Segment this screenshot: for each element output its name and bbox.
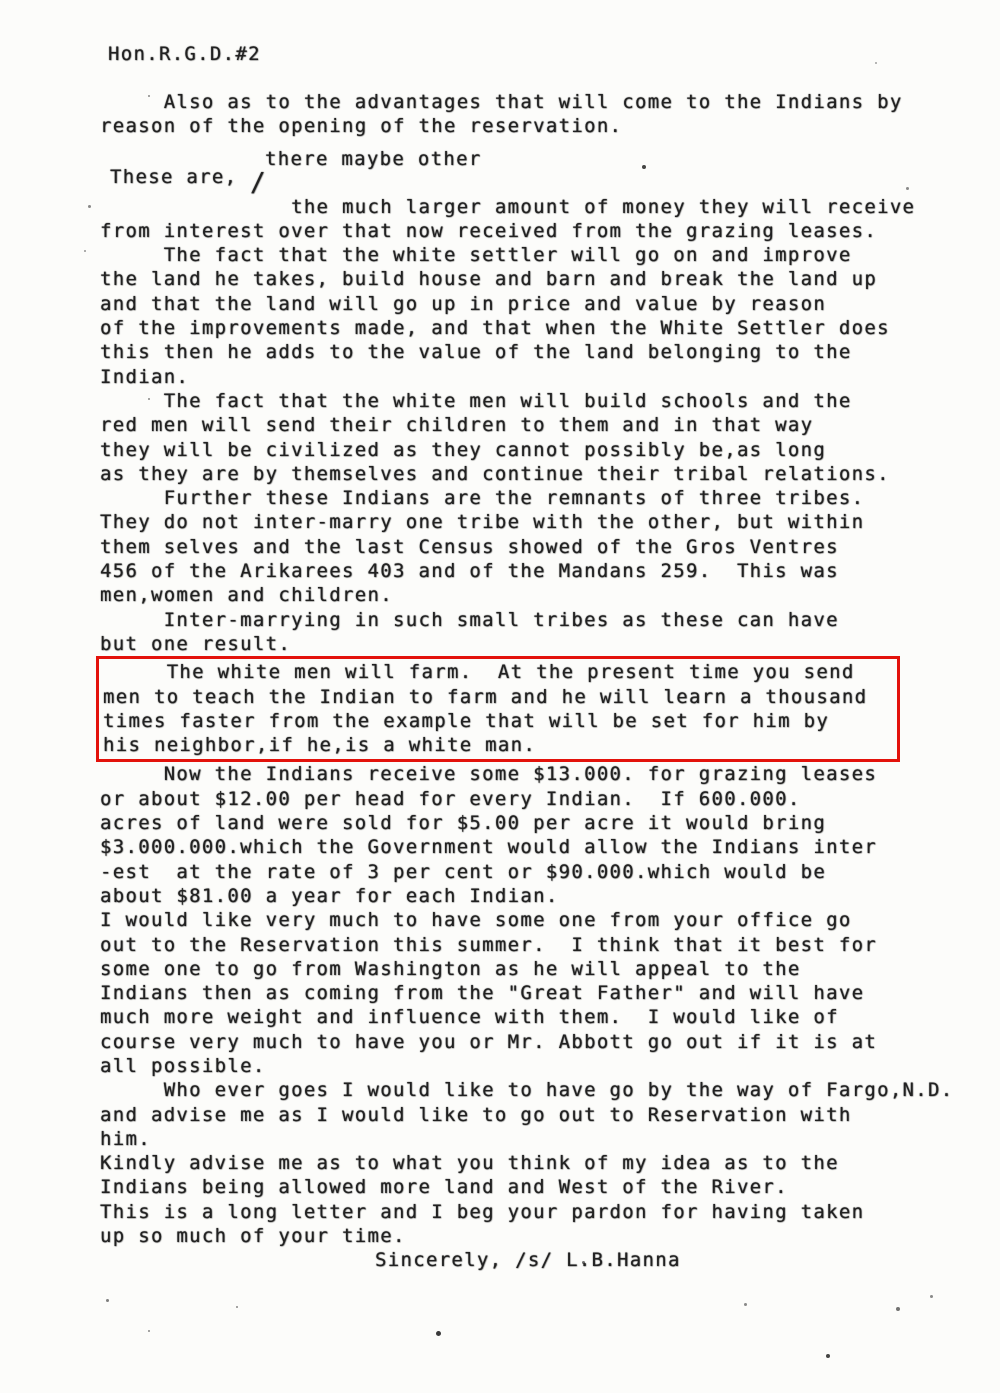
letter-line: men to teach the Indian to farm and he w… [103, 685, 897, 709]
signature-line: Sincerely, /s/ L.B.Hanna [375, 1248, 980, 1272]
letter-line: and advise me as I would like to go out … [100, 1103, 980, 1127]
letter-line: the land he takes, build house and barn … [100, 267, 980, 291]
scan-speck [826, 1354, 830, 1358]
letter-line: Further these Indians are the remnants o… [100, 486, 980, 510]
red-annotation-box: The white men will farm. At the present … [96, 656, 900, 762]
letter-line: This is a long letter and I beg your par… [100, 1200, 980, 1224]
letter-line: about $81.00 a year for each Indian. [100, 884, 980, 908]
scan-speck [642, 165, 646, 169]
letter-line: but one result. [100, 632, 980, 656]
letter-line: acres of land were sold for $5.00 per ac… [100, 811, 980, 835]
letter-line: Inter-marrying in such small tribes as t… [100, 608, 980, 632]
insertion-caret-mark: / [250, 171, 267, 195]
scan-speck [236, 1306, 238, 1308]
letter-line: reason of the opening of the reservation… [100, 114, 980, 138]
opening-paragraph: Also as to the advantages that will come… [100, 90, 980, 139]
inserted-note-base: These are, [110, 165, 237, 189]
letter-line: some one to go from Washington as he wil… [100, 957, 980, 981]
inserted-note-block: there maybe other These are, / [100, 139, 980, 195]
letter-line: I would like very much to have some one … [100, 908, 980, 932]
letter-line: Indians being allowed more land and West… [100, 1175, 980, 1199]
letter-line: and that the land will go up in price an… [100, 292, 980, 316]
letter-line: the much larger amount of money they wil… [100, 195, 980, 219]
letter-line: The fact that the white men will build s… [100, 389, 980, 413]
letter-line: of the improvements made, and that when … [100, 316, 980, 340]
annotated-paragraph: The white men will farm. At the present … [103, 660, 897, 757]
letter-line: his neighbor,if he,is a white man. [103, 733, 897, 757]
letter-line: Kindly advise me as to what you think of… [100, 1151, 980, 1175]
letter-line: Now the Indians receive some $13.000. fo… [100, 762, 980, 786]
letter-line: 456 of the Arikarees 403 and of the Mand… [100, 559, 980, 583]
scanned-letter-page: Hon.R.G.D.#2 Also as to the advantages t… [0, 0, 1000, 1393]
scan-speck [896, 1307, 900, 1311]
letter-line: Indians then as coming from the "Great F… [100, 981, 980, 1005]
letter-line: him. [100, 1127, 980, 1151]
scan-speck [930, 1295, 933, 1298]
letter-line: men,women and children. [100, 583, 980, 607]
scan-speck [906, 187, 909, 190]
page-header-reference: Hon.R.G.D.#2 [108, 42, 261, 66]
letter-line: Indian. [100, 365, 980, 389]
scan-speck [148, 1330, 150, 1332]
letter-line: all possible. [100, 1054, 980, 1078]
letter-line: They do not inter-marry one tribe with t… [100, 510, 980, 534]
letter-line: The fact that the white settler will go … [100, 243, 980, 267]
body-paragraphs-before-annotation: the much larger amount of money they wil… [100, 195, 980, 657]
scan-speck [744, 1303, 747, 1306]
letter-line: as they are by themselves and continue t… [100, 462, 980, 486]
letter-line: out to the Reservation this summer. I th… [100, 933, 980, 957]
letter-line: times faster from the example that will … [103, 709, 897, 733]
scan-speck [106, 1299, 109, 1302]
letter-line: from interest over that now received fro… [100, 219, 980, 243]
letter-line: Who ever goes I would like to have go by… [100, 1078, 980, 1102]
scan-speck [875, 62, 877, 64]
scan-speck [436, 1331, 441, 1336]
body-paragraphs-after-annotation: Now the Indians receive some $13.000. fo… [100, 762, 980, 1248]
letter-line: Also as to the advantages that will come… [100, 90, 980, 114]
letter-line: red men will send their children to them… [100, 413, 980, 437]
letter-line: course very much to have you or Mr. Abbo… [100, 1030, 980, 1054]
letter-line: they will be civilized as they cannot po… [100, 438, 980, 462]
scan-speck [148, 95, 150, 97]
letter-line: $3.000.000.which the Government would al… [100, 835, 980, 859]
scan-speck [582, 1261, 585, 1264]
scan-speck [88, 205, 91, 208]
letter-line: them selves and the last Census showed o… [100, 535, 980, 559]
letter-line: much more weight and influence with them… [100, 1005, 980, 1029]
scan-speck [84, 250, 86, 252]
letter-line: -est at the rate of 3 per cent or $90.00… [100, 860, 980, 884]
letter-line: or about $12.00 per head for every India… [100, 787, 980, 811]
letter-line: this then he adds to the value of the la… [100, 340, 980, 364]
letter-line: The white men will farm. At the present … [103, 660, 897, 684]
letter-line: up so much of your time. [100, 1224, 980, 1248]
inserted-note-text: there maybe other [265, 147, 482, 171]
scan-speck [148, 398, 150, 400]
letter-body: Also as to the advantages that will come… [100, 90, 980, 1273]
